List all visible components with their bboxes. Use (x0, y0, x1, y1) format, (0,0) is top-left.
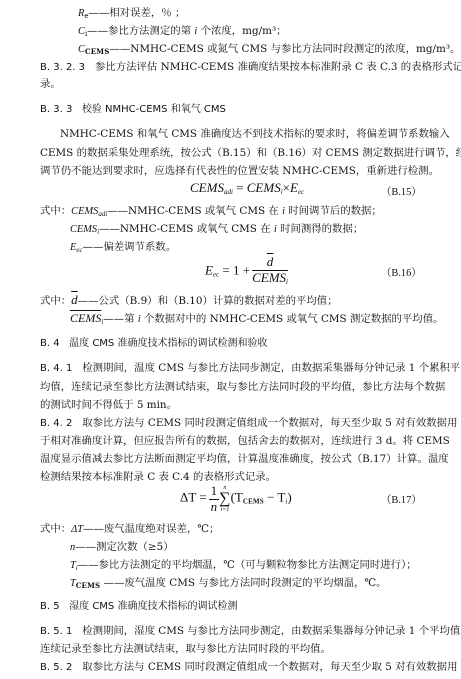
section-heading-b3-3: B. 3. 3 校验 NMHC-CEMS 和氧气 CMS (40, 103, 226, 117)
equation-b16: Eec = 1 +dCEMSi (205, 254, 288, 289)
definition-ccems: CCEMS——NMHC-CEMS 或氮气 CMS 与参比方法同时段测定的浓度，m… (78, 42, 460, 59)
clause-b4-1: B. 4. 1 检测期间，温度 CMS 与参比方法同步测定，由数据采集器每分钟记… (40, 361, 460, 376)
paragraph-line: NMHC-CEMS 和氧气 CMS 准确度达不到技术指标的要求时，将偏差调节系数… (60, 127, 450, 141)
definition-tcems: TCEMS ——废气温度 CMS 与参比方法同时段测定的平均烟温，℃。 (70, 576, 387, 593)
definition-re: Re——相对误差，％ ； (78, 6, 185, 23)
paragraph-line: 调节仍不能达到要求时，应选择有代表性的位置安装 NMHC-CEMS，重新进行检测… (40, 164, 439, 178)
paragraph-line: 的测试时间不得低于 5 min。 (40, 398, 177, 412)
definition-n: n——测定次数（≥5） (70, 540, 174, 555)
section-heading-b5: B. 5 湿度 CMS 准确度技术指标的调试检测 (40, 600, 237, 614)
clause-b5-1: B. 5. 1 检测期间，湿度 CMS 与参比方法同步测定，由数据采集器每分钟记… (40, 624, 461, 639)
equation-number-b17: （B.17） (381, 491, 422, 506)
definition-eec: Eec——偏差调节系数。 (70, 240, 176, 257)
clause-b4-2: B. 4. 2 取参比方法与 CEMS 同时段测定值组成一个数据对，每天至少取 … (40, 416, 457, 431)
definition-cemsi-bar: CEMSi——第 i 个数据对中的 NMHC-CEMS 或氧气 CMS 测定数据… (70, 311, 443, 329)
section-heading-b4: B. 4 温度 CMS 准确度技术指标的调试检测和验收 (40, 337, 267, 351)
definition-delta-t: 式中：ΔT——废气温度绝对误差，℃； (40, 522, 219, 537)
paragraph-line: 检测结果按本标准附录 C 表 C.4 的表格形式记录。 (40, 470, 276, 484)
paragraph-line: 连续记录至参比方法测试结束，取与参比方法同时段的平均值。 (40, 642, 331, 656)
clause-b5-2: B. 5. 2 取参比方法与 CEMS 同时段测定值组成一个数据对，每天至少取 … (40, 660, 457, 675)
definition-ci: Ci——参比方法测定的第 i 个浓度，mg/m³； (78, 24, 287, 41)
equation-number-b15: （B.15） (381, 183, 422, 198)
paragraph-line: 温度显示值减去参比方法断面测定平均值，计算温度准确度，按公式（B.17）计算。温… (40, 452, 449, 466)
paragraph-line: 于相对准确度计算，但应报告所有的数据，包括舍去的数据对，连续进行 3 d。将 C… (40, 434, 450, 448)
clause-b3-2-3: B. 3. 2. 3 参比方法评估 NMHC-CEMS 准确度结果按本标准附录 … (40, 60, 461, 75)
equation-b17: ΔT =1nn∑i=1(TCEMS − Ti) (180, 483, 292, 514)
definition-ti: Ti——参比方法测定的平均烟温，℃（可与颗粒物参比方法测定同时进行）； (70, 558, 417, 575)
paragraph-line: 均值，连续记录至参比方法测试结束，取与参比方法同时段的平均值，参比方法每个数据 (40, 380, 445, 394)
definition-cemsi: CEMSi——NMHC-CEMS 或氧气 CMS 在 i 时间测得的数据； (70, 222, 363, 239)
equation-b15: CEMSadi = CEMSi×Eec (190, 180, 304, 196)
definition-cemsadi: 式中：CEMSadi——NMHC-CEMS 或氧气 CMS 在 i 时间调节后的… (40, 204, 382, 221)
equation-number-b16: （B.16） (381, 264, 422, 279)
clause-b3-2-3-cont: 录。 (40, 77, 61, 91)
paragraph-line: CEMS 的数据采集处理系统，按公式（B.15）和（B.16）对 CEMS 测定… (40, 146, 461, 160)
definition-dbar: 式中：d——公式（B.9）和（B.10）计算的数据对差的平均值； (40, 293, 338, 308)
summation-symbol: n∑i=1 (219, 484, 230, 514)
